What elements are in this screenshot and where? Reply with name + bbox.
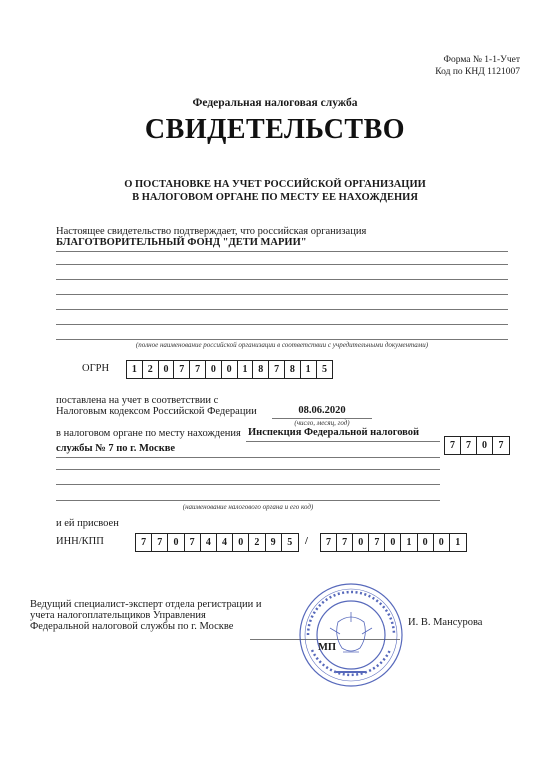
digit-box: 7	[152, 534, 168, 551]
digit-box: 1	[401, 534, 417, 551]
date-caption: (число, месяц, год)	[272, 419, 372, 427]
authority-underline-3	[56, 469, 440, 470]
authority-line-2: службы № 7 по г. Москве	[56, 443, 175, 454]
digit-box: 0	[418, 534, 434, 551]
registration-line-2: Налоговым кодексом Российской Федерации	[56, 406, 257, 417]
authority-line-1: Инспекция Федеральной налоговой	[248, 427, 419, 438]
knd-code: Код по КНД 1121007	[435, 66, 520, 78]
digit-box: 0	[434, 534, 450, 551]
digit-box: 7	[337, 534, 353, 551]
organization-intro: Настоящее свидетельство подтверждает, чт…	[56, 226, 366, 237]
digit-box: 9	[266, 534, 282, 551]
digit-box: 5	[317, 361, 333, 378]
ogrn-label: ОГРН	[82, 363, 109, 374]
digit-box: 7	[445, 437, 461, 454]
ogrn-boxes: 1207700187815	[126, 360, 333, 379]
digit-box: 7	[369, 534, 385, 551]
digit-box: 1	[238, 361, 254, 378]
name-line-6	[56, 324, 508, 325]
signatory-name: И. В. Мансурова	[408, 617, 482, 628]
authority-underline-4	[56, 484, 440, 485]
digit-box: 8	[285, 361, 301, 378]
signatory-position: Ведущий специалист-эксперт отдела регист…	[30, 599, 262, 632]
authority-caption: (наименование налогового органа и его ко…	[56, 503, 440, 511]
authority-underline-1	[246, 441, 440, 442]
name-line-2	[56, 264, 508, 265]
authority-underline-2	[56, 457, 440, 458]
subtitle-line-2: В НАЛОГОВОМ ОРГАНЕ ПО МЕСТУ ЕЕ НАХОЖДЕНИ…	[0, 191, 550, 204]
official-stamp-icon	[298, 582, 404, 688]
digit-box: 7	[174, 361, 190, 378]
digit-box: 0	[477, 437, 493, 454]
stamp-mark: МП	[318, 642, 336, 653]
inn-kpp-label: ИНН/КПП	[56, 536, 104, 547]
name-line-3	[56, 279, 508, 280]
form-number: Форма № 1-1-Учет	[443, 54, 520, 66]
position-line-3: Федеральной налоговой службы по г. Москв…	[30, 621, 262, 632]
digit-box: 7	[493, 437, 509, 454]
digit-box: 2	[249, 534, 265, 551]
authority-underline-5	[56, 500, 440, 501]
name-line-7	[56, 339, 508, 340]
organization-name: БЛАГОТВОРИТЕЛЬНЫЙ ФОНД "ДЕТИ МАРИИ"	[56, 237, 307, 248]
kpp-boxes: 770701001	[320, 533, 467, 552]
digit-box: 0	[222, 361, 238, 378]
position-line-1: Ведущий специалист-эксперт отдела регист…	[30, 599, 262, 610]
registration-line-1: поставлена на учет в соответствии с	[56, 395, 218, 406]
digit-box: 4	[201, 534, 217, 551]
digit-box: 0	[168, 534, 184, 551]
name-line-1	[56, 251, 508, 252]
digit-box: 0	[206, 361, 222, 378]
inn-kpp-separator: /	[305, 536, 308, 547]
subtitle-line-1: О ПОСТАНОВКЕ НА УЧЕТ РОССИЙСКОЙ ОРГАНИЗА…	[0, 178, 550, 191]
digit-box: 7	[269, 361, 285, 378]
assigned-label: и ей присвоен	[56, 518, 119, 529]
digit-box: 4	[217, 534, 233, 551]
registration-date: 08.06.2020	[272, 405, 372, 416]
digit-box: 8	[253, 361, 269, 378]
authority-label: в налоговом органе по месту нахождения	[56, 428, 241, 439]
name-line-5	[56, 309, 508, 310]
authority-code-boxes: 7707	[444, 436, 510, 455]
inn-boxes: 7707440295	[135, 533, 299, 552]
organization-caption: (полное наименование российской организа…	[56, 341, 508, 349]
digit-box: 5	[282, 534, 298, 551]
name-line-4	[56, 294, 508, 295]
digit-box: 0	[385, 534, 401, 551]
agency-name: Федеральная налоговая служба	[0, 97, 550, 109]
digit-box: 0	[353, 534, 369, 551]
digit-box: 0	[159, 361, 175, 378]
document-title: СВИДЕТЕЛЬСТВО	[0, 114, 550, 146]
digit-box: 7	[190, 361, 206, 378]
document-subtitle: О ПОСТАНОВКЕ НА УЧЕТ РОССИЙСКОЙ ОРГАНИЗА…	[0, 178, 550, 204]
digit-box: 7	[321, 534, 337, 551]
digit-box: 7	[461, 437, 477, 454]
digit-box: 1	[301, 361, 317, 378]
digit-box: 2	[143, 361, 159, 378]
digit-box: 7	[136, 534, 152, 551]
digit-box: 1	[450, 534, 466, 551]
digit-box: 1	[127, 361, 143, 378]
digit-box: 0	[233, 534, 249, 551]
position-line-2: учета налогоплательщиков Управления	[30, 610, 262, 621]
digit-box: 7	[185, 534, 201, 551]
